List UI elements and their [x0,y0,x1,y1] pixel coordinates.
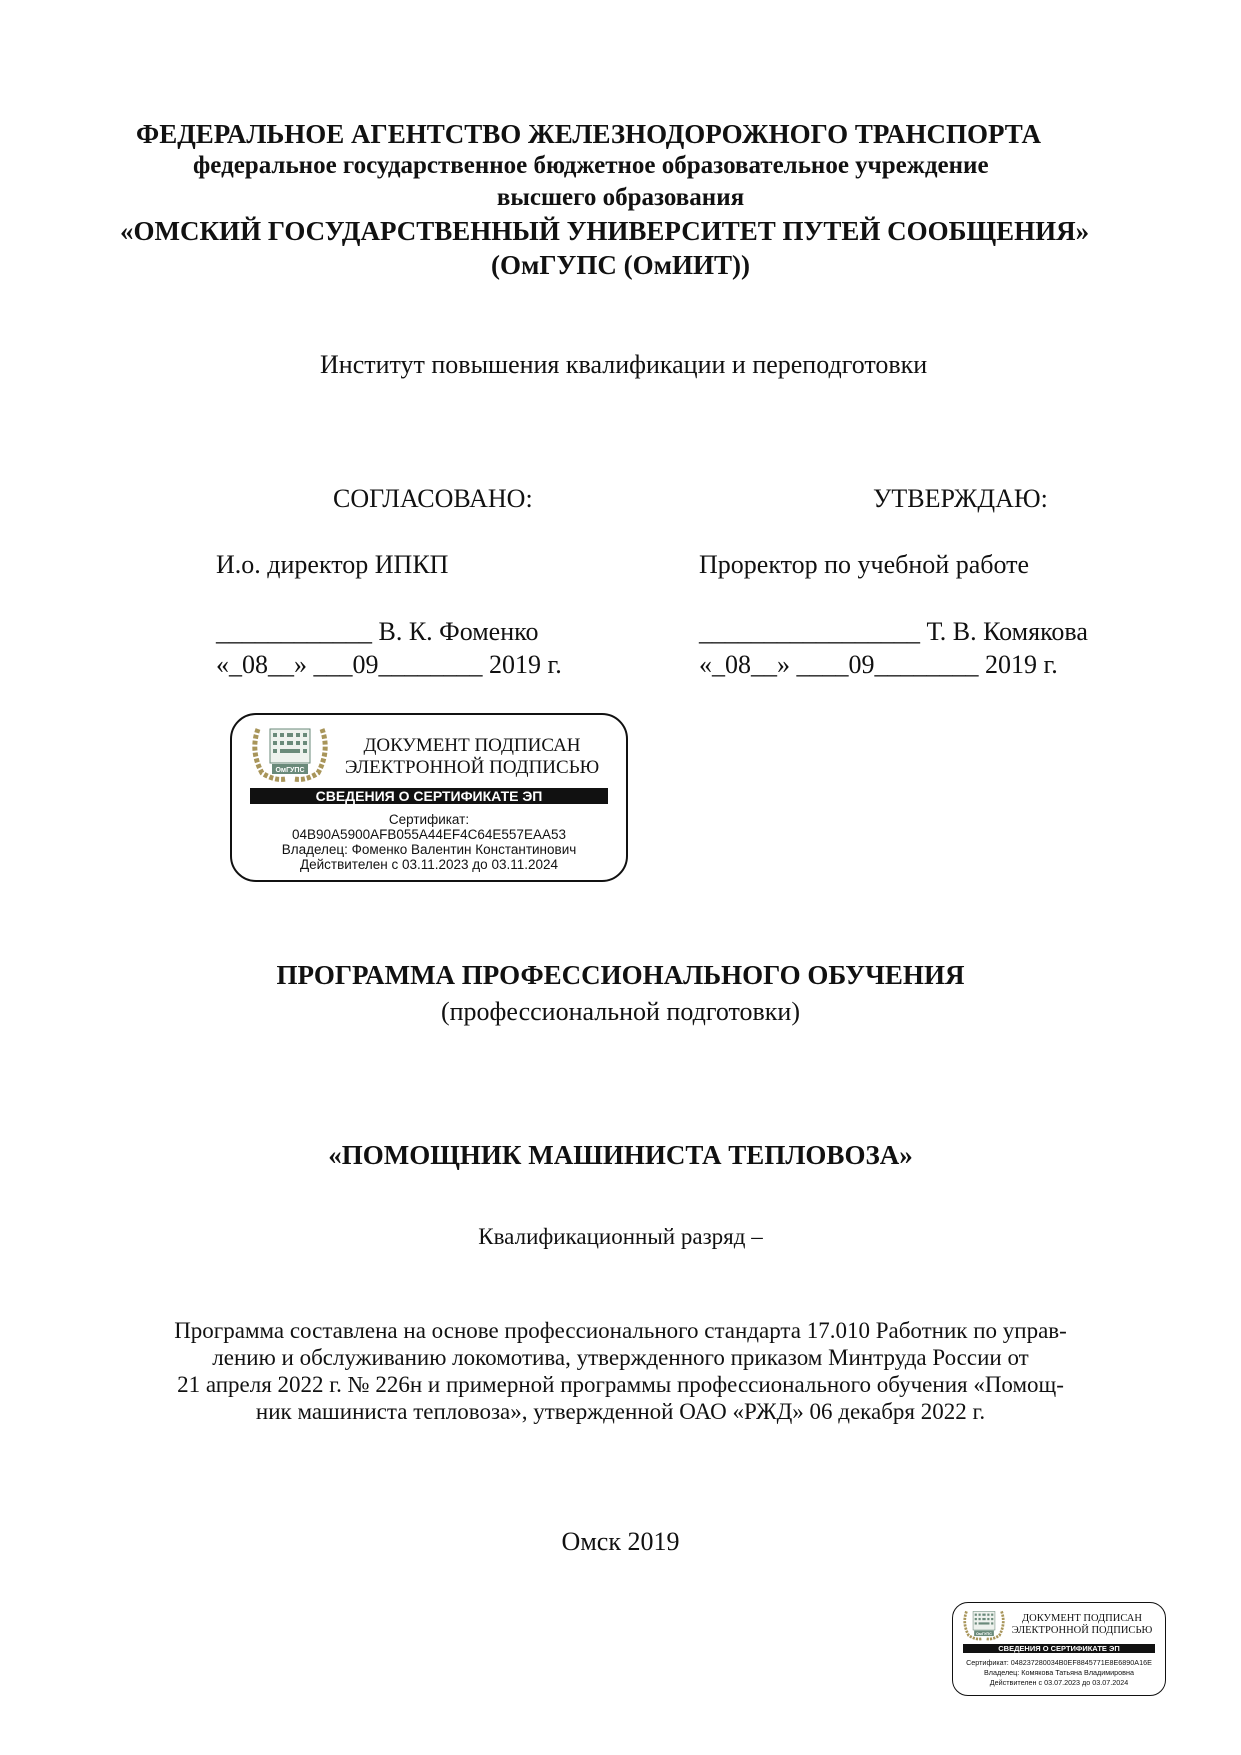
e-signature-stamp-komyakova: ОмГУПС ДОКУМЕНТ ПОДПИСАН ЭЛЕКТРОННОЙ ПОД… [952,1602,1166,1696]
institution-type-line2: высшего образования [0,184,1241,212]
stamp-cert-bar: СВЕДЕНИЯ О СЕРТИФИКАТЕ ЭП [250,788,608,804]
institution-type-line1: федеральное государственное бюджетное об… [193,152,989,180]
university-logo-icon: ОмГУПС [248,721,332,783]
approval-left-signature: ____________ В. К. Фоменко [216,617,538,647]
stamp-title: ДОКУМЕНТ ПОДПИСАН ЭЛЕКТРОННОЙ ПОДПИСЬЮ [332,735,612,779]
program-title: ПРОГРАММА ПРОФЕССИОНАЛЬНОГО ОБУЧЕНИЯ [0,960,1241,991]
stamp-title-line2: ЭЛЕКТРОННОЙ ПОДПИСЬЮ [1007,1625,1157,1637]
stamp-validity: Действителен с 03.11.2023 до 03.11.2024 [232,857,626,872]
stamp-title-line2: ЭЛЕКТРОННОЙ ПОДПИСЬЮ [332,757,612,779]
stamp-cert-label: Сертификат: [232,812,626,827]
university-logo-icon: ОмГУПС [961,1606,1007,1642]
stamp-validity: Действителен с 03.07.2023 до 03.07.2024 [953,1678,1165,1688]
institute-name: Институт повышения квалификации и перепо… [320,350,927,380]
stamp-title-line1: ДОКУМЕНТ ПОДПИСАН [1007,1613,1157,1625]
basis-line: Программа составлена на основе профессио… [0,1317,1241,1344]
stamp-title-line1: ДОКУМЕНТ ПОДПИСАН [332,735,612,757]
city-year: Омск 2019 [0,1527,1241,1557]
university-name: «ОМСКИЙ ГОСУДАРСТВЕННЫЙ УНИВЕРСИТЕТ ПУТЕ… [120,216,1089,247]
program-name: «ПОМОЩНИК МАШИНИСТА ТЕПЛОВОЗА» [0,1140,1241,1171]
approval-left-position: И.о. директор ИПКП [216,550,448,580]
basis-line: ник машиниста тепловоза», утвержденной О… [0,1398,1241,1425]
stamp-cert-id: 04B90A5900AFB055A44EF4C64E557EAA53 [232,827,626,842]
approval-left-date: «_08__» ___09________ 2019 г. [216,650,562,680]
stamp-cert-id: Сертификат: 048237280034B0EF8845771E8E68… [953,1658,1165,1668]
basis-line: лению и обслуживанию локомотива, утвержд… [0,1344,1241,1371]
qualification-grade: Квалификационный разряд – [0,1224,1241,1250]
program-basis: Программа составлена на основе профессио… [0,1317,1241,1425]
university-abbr: (ОмГУПС (ОмИИТ)) [0,250,1241,281]
svg-text:ОмГУПС: ОмГУПС [976,1632,992,1636]
approval-left-heading: СОГЛАСОВАНО: [333,484,533,514]
approval-right-position: Проректор по учебной работе [699,550,1029,580]
approval-right-date: «_08__» ____09________ 2019 г. [699,650,1058,680]
basis-line: 21 апреля 2022 г. № 226н и примерной про… [0,1371,1241,1398]
svg-text:ОмГУПС: ОмГУПС [275,767,304,774]
stamp-cert-info: Сертификат: 04B90A5900AFB055A44EF4C64E55… [232,812,626,872]
e-signature-stamp-fomenko: ОмГУПС ДОКУМЕНТ ПОДПИСАН ЭЛЕКТРОННОЙ ПОД… [230,713,628,882]
approval-right-signature: _________________ Т. В. Комякова [699,617,1088,647]
agency-title: ФЕДЕРАЛЬНОЕ АГЕНТСТВО ЖЕЛЕЗНОДОРОЖНОГО Т… [136,119,1041,150]
stamp-title: ДОКУМЕНТ ПОДПИСАН ЭЛЕКТРОННОЙ ПОДПИСЬЮ [1007,1613,1157,1637]
stamp-cert-info: Сертификат: 048237280034B0EF8845771E8E68… [953,1658,1165,1688]
approval-right-heading: УТВЕРЖДАЮ: [873,484,1048,514]
stamp-owner: Владелец: Комякова Татьяна Владимировна [953,1668,1165,1678]
stamp-cert-bar: СВЕДЕНИЯ О СЕРТИФИКАТЕ ЭП [963,1644,1155,1653]
program-subtitle: (профессиональной подготовки) [0,997,1241,1027]
stamp-owner: Владелец: Фоменко Валентин Константинови… [232,842,626,857]
